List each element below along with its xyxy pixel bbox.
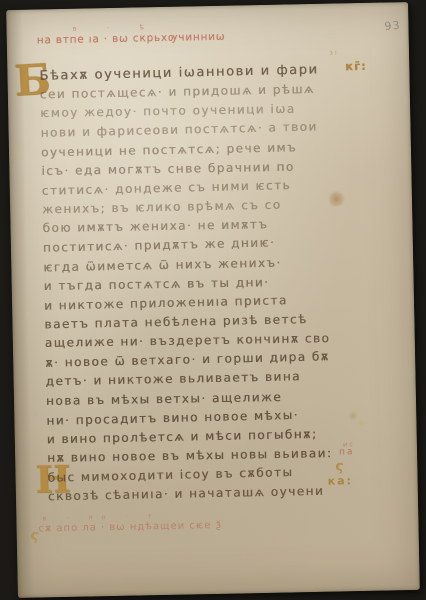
photo-background: 93 в · ѣ на втпе ıа · вѡ скрьхѹчинниѡ зı… [0,0,426,600]
text-line: ни· просадитъ вино новое мѣхы· [46,409,299,427]
text-line: ваетъ плата небѣлена ризѣ ветсѣ [44,313,307,330]
text-line: ѥгда ѿиметсѧ ѿ нихъ женихъ· [43,256,282,273]
text-line: Бѣахѫ оученици іѡаннови и фари [39,63,318,82]
text-line: сквозѣ сѣаниıа· и начаташѧ оучени [48,485,325,503]
text-line: и вино пролѣетсѧ и мѣси погыбнѫ; [47,428,318,445]
text-line: сеи постѧщесѧ· и придошѧ и рѣшѧ [40,83,315,101]
text-line: ащелиже ни· въздеретъ кончинѫ сво [45,332,331,349]
text-line: оученици не постѧтсѧ; рече имъ [41,141,297,158]
text-line: женихъ; въ ѥлико врѣмѧ съ со [42,199,282,216]
margin-section-number-bottom: ка: [328,474,354,488]
text-line: нови и фарисеови постѧтсѧ· а твои [40,121,317,139]
text-line: нова въ мѣхы ветхы· ащелиже [46,391,282,407]
text-block: Бѣахѫ оученици іѡаннови и фарисеи постѧщ… [6,2,420,598]
text-line: ститисѧ· дондеже съ ними ѥсть [42,179,292,197]
text-line: бою имѫтъ жениха· не имѫтъ [42,218,268,234]
text-line: нѫ вино новое въ мѣхы новы вьиваи: [47,447,332,464]
text-line: поститисѧ· придѫтъ же дниѥ· [43,237,276,254]
text-line: ісъ· еда могѫтъ снве брачнии по [41,161,295,177]
text-line: ѥмоу жедоу· почто оученици іѡа [40,103,296,119]
text-line: ѫ· новое ѿ ветхаго· и горши дира бѫ [45,351,330,370]
text-line: детъ· и никтоже вьливаетъ вина [45,371,301,388]
text-line: и никтоже приложениıа приста [44,294,288,312]
manuscript-page: 93 в · ѣ на втпе ıа · вѡ скрьхѹчинниѡ зı… [6,2,420,598]
margin-lection-note: па [339,447,355,457]
text-line: и тъгда постѧтсѧ въ ты дни· [44,276,270,292]
text-line: быс мимоходити ісоу въ сѫботы [47,466,293,484]
